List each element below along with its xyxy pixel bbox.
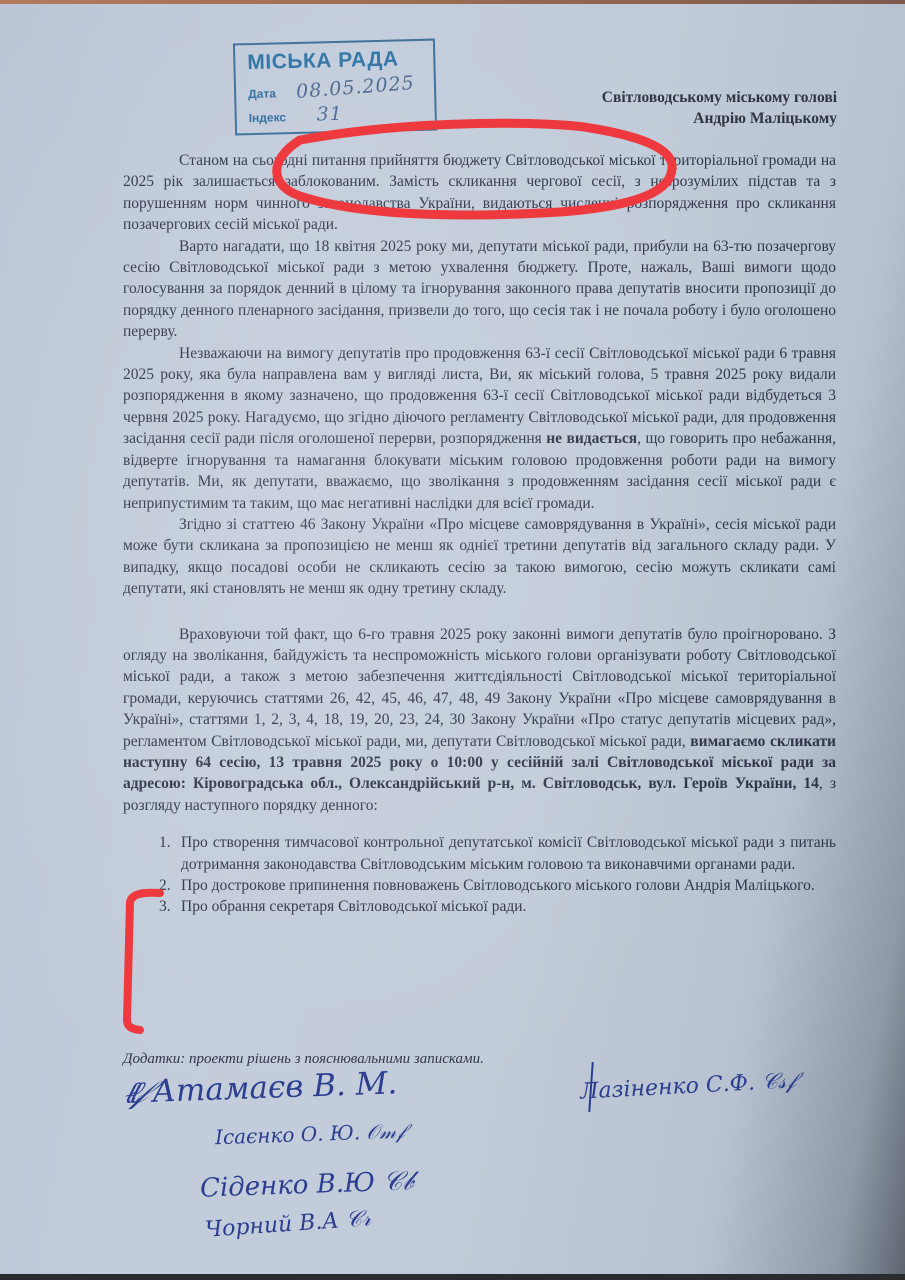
stamp-title: МІСЬКА РАДА: [247, 47, 399, 75]
emphasis-text: не видається: [546, 430, 637, 447]
signature-name: Сіденко В.Ю: [200, 1168, 376, 1204]
signature-name: Атамаєв В. М.: [152, 1065, 398, 1110]
paragraph-demand: Враховуючи той факт, що 6-го травня 2025…: [123, 624, 836, 817]
table-edge-bottom: [0, 1274, 905, 1280]
agenda-item-text: Про дострокове припинення повноважень Св…: [181, 877, 815, 894]
addressee-title: Світловодському міському голові: [602, 87, 837, 108]
signature: Сіденко В.Ю 𝒞𝒷: [200, 1166, 414, 1204]
stamp-date-label: Дата: [248, 86, 276, 101]
signature-mark: 𝒞𝓇: [345, 1206, 372, 1233]
registration-stamp: МІСЬКА РАДА Дата 08.05.2025 Індекс 31: [233, 39, 437, 136]
letter-page: МІСЬКА РАДА Дата 08.05.2025 Індекс 31 Св…: [0, 4, 905, 1276]
agenda-list: 1.Про створення тимчасової контрольної д…: [123, 832, 836, 918]
signature: Чорний В.А 𝒞𝓇: [204, 1206, 372, 1243]
agenda-item-number: 1.: [159, 832, 171, 853]
agenda-item-text: Про обрання секретаря Світловодської міс…: [181, 898, 526, 915]
agenda-item-number: 2.: [159, 875, 171, 896]
signature-mark: 𝒞𝓈𝒻: [761, 1068, 796, 1095]
signature-mark: 𝒞𝒷: [383, 1166, 414, 1197]
signature-name: Ісаєнко О. Ю.: [215, 1120, 361, 1149]
addressee-block: Світловодському міському голові Андрію М…: [602, 87, 837, 129]
signature-mark: 𝒪𝓂𝒻: [366, 1119, 405, 1144]
stamp-index-value: 31: [316, 103, 343, 126]
agenda-item-text: Про створення тимчасової контрольної деп…: [181, 834, 836, 872]
letter-body: Станом на сьогодні питання прийняття бюд…: [123, 150, 836, 918]
agenda-item: 3.Про обрання секретаря Світловодської м…: [181, 896, 836, 917]
signature-mark: ℓℓ𝒻: [120, 1075, 146, 1111]
signature-name: Чорний В.А: [204, 1208, 339, 1242]
agenda-item: 1.Про створення тимчасової контрольної д…: [181, 832, 836, 875]
paragraph-article-46: Згідно зі статтею 46 Закону України «Про…: [123, 514, 836, 600]
signature: Ісаєнко О. Ю. 𝒪𝓂𝒻: [215, 1119, 406, 1150]
signature-name: Лазіненко С.Ф.: [579, 1071, 755, 1105]
addressee-name: Андрію Маліцькому: [602, 108, 837, 129]
paragraph-continuation-demand: Незважаючи на вимогу депутатів про продо…: [123, 343, 836, 514]
signature: ℓℓ𝒻Атамаєв В. М.: [125, 1065, 397, 1110]
paragraph-budget-blocked: Станом на сьогодні питання прийняття бюд…: [123, 150, 836, 236]
signature: Лазіненко С.Ф. 𝒞𝓈𝒻: [579, 1068, 796, 1104]
paragraph-text: Враховуючи той факт, що 6-го травня 2025…: [123, 626, 836, 750]
agenda-item: 2.Про дострокове припинення повноважень …: [181, 875, 836, 896]
agenda-item-number: 3.: [159, 896, 171, 917]
document-photo: МІСЬКА РАДА Дата 08.05.2025 Індекс 31 Св…: [0, 0, 905, 1280]
stamp-date-value: 08.05.2025: [295, 72, 415, 103]
paragraph-session-63: Варто нагадати, що 18 квітня 2025 року м…: [123, 236, 836, 343]
stamp-index-label: Індекс: [249, 110, 287, 125]
attachments-note: Додатки: проекти рішень з пояснювальними…: [123, 1051, 484, 1068]
